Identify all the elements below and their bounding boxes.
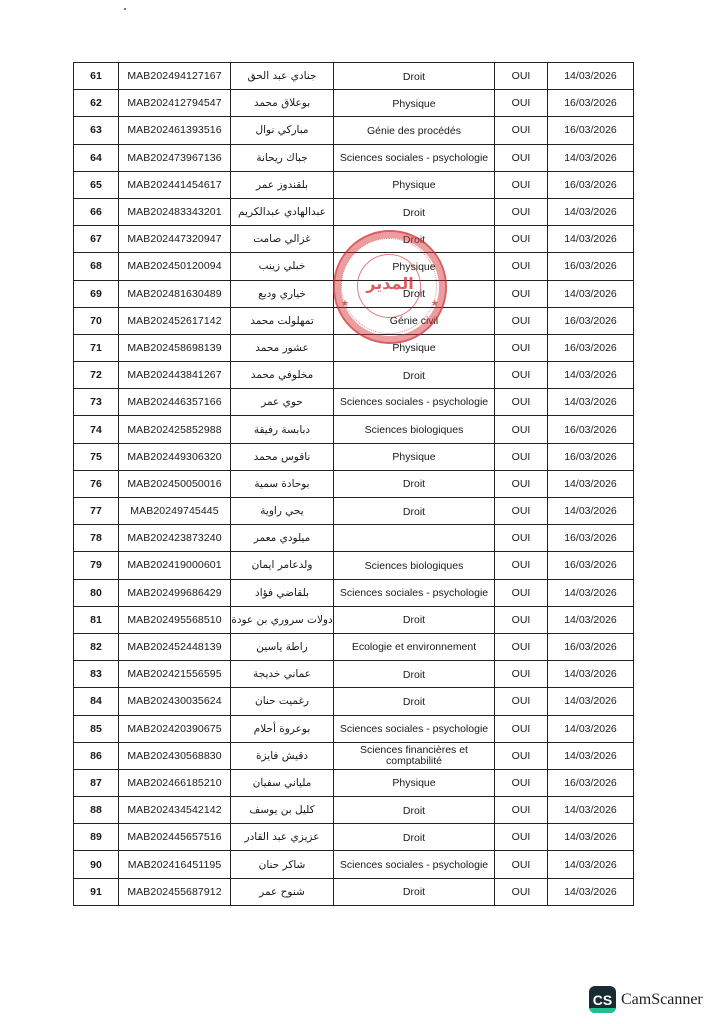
exam-date: 14/03/2026 — [548, 498, 634, 525]
field-of-study: Droit — [334, 470, 495, 497]
registration-id: MAB20249745445 — [119, 498, 231, 525]
registration-id: MAB202412794547 — [119, 90, 231, 117]
field-of-study: Droit — [334, 226, 495, 253]
exam-date: 16/03/2026 — [548, 633, 634, 660]
registration-id: MAB202449306320 — [119, 443, 231, 470]
field-text: Sciences sociales - psychologie — [334, 152, 494, 164]
candidates-table: 61MAB202494127167جنادي عبد الحقDroitOUI1… — [73, 62, 634, 906]
row-number: 74 — [74, 416, 119, 443]
scan-speck — [124, 8, 126, 10]
registration-id: MAB202419000601 — [119, 552, 231, 579]
table-row: 75MAB202449306320ناقوس محمدPhysiqueOUI16… — [74, 443, 634, 470]
registration-id: MAB202441454617 — [119, 171, 231, 198]
field-of-study: Sciences sociales - psychologie — [334, 144, 495, 171]
status-value: OUI — [495, 552, 548, 579]
status-value: OUI — [495, 443, 548, 470]
field-text: Sciences biologiques — [334, 559, 494, 572]
table-row: 83MAB202421556595عماني خديجةDroitOUI14/0… — [74, 661, 634, 688]
table-row: 90MAB202416451195شاكر حنانSciences socia… — [74, 851, 634, 878]
exam-date: 14/03/2026 — [548, 878, 634, 905]
registration-id: MAB202450120094 — [119, 253, 231, 280]
field-of-study: Physique — [334, 769, 495, 796]
row-number: 73 — [74, 389, 119, 416]
table-row: 71MAB202458698139عشور محمدPhysiqueOUI16/… — [74, 334, 634, 361]
table-row: 87MAB202466185210ملياني سفيانPhysiqueOUI… — [74, 769, 634, 796]
exam-date: 16/03/2026 — [548, 307, 634, 334]
exam-date: 16/03/2026 — [548, 416, 634, 443]
candidate-name: شنوح عمر — [231, 878, 334, 905]
field-of-study: Droit — [334, 362, 495, 389]
camscanner-logo-icon: CS — [589, 986, 616, 1013]
registration-id: MAB202483343201 — [119, 198, 231, 225]
exam-date: 14/03/2026 — [548, 824, 634, 851]
registration-id: MAB202446357166 — [119, 389, 231, 416]
exam-date: 14/03/2026 — [548, 470, 634, 497]
field-text: Physique — [334, 450, 494, 463]
table-row: 86MAB202430568830دقيش فايزةSciences fina… — [74, 742, 634, 769]
field-of-study: Droit — [334, 797, 495, 824]
table-row: 63MAB202461393516مباركي نوالGénie des pr… — [74, 117, 634, 144]
field-of-study: Droit — [334, 63, 495, 90]
table-row: 69MAB202481630489خياري وديعDroitOUI14/03… — [74, 280, 634, 307]
row-number: 80 — [74, 579, 119, 606]
table-row: 62MAB202412794547بوعلاق محمدPhysiqueOUI1… — [74, 90, 634, 117]
exam-date: 14/03/2026 — [548, 797, 634, 824]
field-of-study: Sciences sociales - psychologie — [334, 851, 495, 878]
row-number: 72 — [74, 362, 119, 389]
field-of-study — [334, 525, 495, 552]
registration-id: MAB202481630489 — [119, 280, 231, 307]
row-number: 66 — [74, 198, 119, 225]
status-value: OUI — [495, 90, 548, 117]
exam-date: 14/03/2026 — [548, 661, 634, 688]
registration-id: MAB202452448139 — [119, 633, 231, 660]
field-of-study: Droit — [334, 824, 495, 851]
field-text: Sciences sociales - psychologie — [334, 723, 494, 735]
registration-id: MAB202445657516 — [119, 824, 231, 851]
row-number: 85 — [74, 715, 119, 742]
registration-id: MAB202425852988 — [119, 416, 231, 443]
table-row: 72MAB202443841267مخلوفي محمدDroitOUI14/0… — [74, 362, 634, 389]
candidate-name: بوعروة أحلام — [231, 715, 334, 742]
exam-date: 16/03/2026 — [548, 769, 634, 796]
exam-date: 14/03/2026 — [548, 715, 634, 742]
status-value: OUI — [495, 498, 548, 525]
field-text: Physique — [334, 260, 494, 273]
status-value: OUI — [495, 851, 548, 878]
candidate-name: راطة ياسين — [231, 633, 334, 660]
table-row: 77MAB20249745445يحي راويةDroitOUI14/03/2… — [74, 498, 634, 525]
table-row: 61MAB202494127167جنادي عبد الحقDroitOUI1… — [74, 63, 634, 90]
field-of-study: Sciences financières et comptabilité — [334, 742, 495, 769]
table-row: 78MAB202423873240ميلودي معمرOUI16/03/202… — [74, 525, 634, 552]
candidate-name: بوحادة سمية — [231, 470, 334, 497]
candidate-name: عزيزي عبد القادر — [231, 824, 334, 851]
candidate-name: دبابسة رفيقة — [231, 416, 334, 443]
row-number: 81 — [74, 606, 119, 633]
exam-date: 14/03/2026 — [548, 851, 634, 878]
candidate-name: شاكر حنان — [231, 851, 334, 878]
status-value: OUI — [495, 525, 548, 552]
row-number: 62 — [74, 90, 119, 117]
row-number: 88 — [74, 797, 119, 824]
row-number: 69 — [74, 280, 119, 307]
registration-id: MAB202421556595 — [119, 661, 231, 688]
table-row: 80MAB202499686429بلقاضي فؤادSciences soc… — [74, 579, 634, 606]
row-number: 90 — [74, 851, 119, 878]
field-text: Sciences biologiques — [334, 423, 494, 436]
candidate-name: رغميت حنان — [231, 688, 334, 715]
candidate-name: عبدالهادي عبدالكريم — [231, 198, 334, 225]
candidate-name: كليل بن يوسف — [231, 797, 334, 824]
field-of-study: Physique — [334, 253, 495, 280]
exam-date: 16/03/2026 — [548, 525, 634, 552]
field-text: Droit — [334, 613, 494, 626]
field-of-study: Sciences sociales - psychologie — [334, 389, 495, 416]
field-of-study: Génie des procédés — [334, 117, 495, 144]
status-value: OUI — [495, 63, 548, 90]
exam-date: 14/03/2026 — [548, 389, 634, 416]
candidate-name: خبلي زينب — [231, 253, 334, 280]
field-text: Droit — [334, 668, 494, 681]
status-value: OUI — [495, 362, 548, 389]
candidate-name: ناقوس محمد — [231, 443, 334, 470]
candidate-name: بوعلاق محمد — [231, 90, 334, 117]
status-value: OUI — [495, 470, 548, 497]
row-number: 86 — [74, 742, 119, 769]
candidate-name: بلقاضي فؤاد — [231, 579, 334, 606]
candidate-name: مباركي نوال — [231, 117, 334, 144]
candidate-name: جنادي عبد الحق — [231, 63, 334, 90]
field-text: Droit — [334, 206, 494, 219]
row-number: 82 — [74, 633, 119, 660]
registration-id: MAB202466185210 — [119, 769, 231, 796]
camscanner-label: CamScanner — [621, 991, 703, 1009]
field-of-study: Droit — [334, 280, 495, 307]
field-of-study: Droit — [334, 606, 495, 633]
row-number: 83 — [74, 661, 119, 688]
candidate-name: بلقندوز عمر — [231, 171, 334, 198]
status-value: OUI — [495, 144, 548, 171]
row-number: 84 — [74, 688, 119, 715]
field-text — [334, 537, 494, 539]
table-row: 81MAB202495568510دولات سروري بن عودةDroi… — [74, 606, 634, 633]
status-value: OUI — [495, 280, 548, 307]
field-text: Droit — [334, 477, 494, 490]
status-value: OUI — [495, 878, 548, 905]
field-text: Droit — [334, 369, 494, 382]
row-number: 65 — [74, 171, 119, 198]
field-text: Droit — [334, 233, 494, 246]
exam-date: 14/03/2026 — [548, 688, 634, 715]
candidate-name: عشور محمد — [231, 334, 334, 361]
table-row: 64MAB202473967136جباك ريحانةSciences soc… — [74, 144, 634, 171]
status-value: OUI — [495, 606, 548, 633]
exam-date: 14/03/2026 — [548, 198, 634, 225]
candidate-name: يحي راوية — [231, 498, 334, 525]
table-row: 82MAB202452448139راطة ياسينEcologie et e… — [74, 633, 634, 660]
row-number: 71 — [74, 334, 119, 361]
table-row: 74MAB202425852988دبابسة رفيقةSciences bi… — [74, 416, 634, 443]
candidate-name: جباك ريحانة — [231, 144, 334, 171]
field-of-study: Sciences biologiques — [334, 552, 495, 579]
exam-date: 16/03/2026 — [548, 334, 634, 361]
registration-id: MAB202452617142 — [119, 307, 231, 334]
candidate-name: غزالي صامت — [231, 226, 334, 253]
status-value: OUI — [495, 824, 548, 851]
status-value: OUI — [495, 715, 548, 742]
exam-date: 14/03/2026 — [548, 362, 634, 389]
status-value: OUI — [495, 688, 548, 715]
status-value: OUI — [495, 579, 548, 606]
candidate-name: دولات سروري بن عودة — [231, 606, 334, 633]
field-text: Ecologie et environnement — [334, 641, 494, 653]
table-row: 66MAB202483343201عبدالهادي عبدالكريمDroi… — [74, 198, 634, 225]
exam-date: 16/03/2026 — [548, 90, 634, 117]
row-number: 91 — [74, 878, 119, 905]
field-of-study: Physique — [334, 171, 495, 198]
registration-id: MAB202430035624 — [119, 688, 231, 715]
table-row: 65MAB202441454617بلقندوز عمرPhysiqueOUI1… — [74, 171, 634, 198]
status-value: OUI — [495, 334, 548, 361]
row-number: 77 — [74, 498, 119, 525]
field-text: Sciences sociales - psychologie — [334, 587, 494, 599]
status-value: OUI — [495, 661, 548, 688]
table-row: 68MAB202450120094خبلي زينبPhysiqueOUI16/… — [74, 253, 634, 280]
table-row: 79MAB202419000601ولدعامر ايمانSciences b… — [74, 552, 634, 579]
field-text: Sciences sociales - psychologie — [334, 396, 494, 408]
candidate-name: ملياني سفيان — [231, 769, 334, 796]
registration-id: MAB202420390675 — [119, 715, 231, 742]
exam-date: 14/03/2026 — [548, 579, 634, 606]
table-row: 70MAB202452617142تمهلولت محمدGénie civil… — [74, 307, 634, 334]
field-of-study: Droit — [334, 198, 495, 225]
status-value: OUI — [495, 117, 548, 144]
registration-id: MAB202450050016 — [119, 470, 231, 497]
candidate-name: ميلودي معمر — [231, 525, 334, 552]
table-row: 76MAB202450050016بوحادة سميةDroitOUI14/0… — [74, 470, 634, 497]
field-of-study: Physique — [334, 334, 495, 361]
exam-date: 14/03/2026 — [548, 63, 634, 90]
candidate-name: حوي عمر — [231, 389, 334, 416]
status-value: OUI — [495, 769, 548, 796]
exam-date: 14/03/2026 — [548, 742, 634, 769]
field-text: Physique — [334, 178, 494, 191]
field-text: Droit — [334, 804, 494, 817]
exam-date: 14/03/2026 — [548, 226, 634, 253]
table-row: 85MAB202420390675بوعروة أحلامSciences so… — [74, 715, 634, 742]
exam-date: 14/03/2026 — [548, 606, 634, 633]
field-text: Sciences sociales - psychologie — [334, 859, 494, 871]
field-text: Physique — [334, 776, 494, 789]
registration-id: MAB202461393516 — [119, 117, 231, 144]
exam-date: 16/03/2026 — [548, 552, 634, 579]
field-text: Génie civil — [334, 314, 494, 327]
exam-date: 16/03/2026 — [548, 253, 634, 280]
candidate-name: دقيش فايزة — [231, 742, 334, 769]
row-number: 70 — [74, 307, 119, 334]
field-text: Physique — [334, 97, 494, 110]
field-of-study: Sciences biologiques — [334, 416, 495, 443]
table-row: 73MAB202446357166حوي عمرSciences sociale… — [74, 389, 634, 416]
registration-id: MAB202473967136 — [119, 144, 231, 171]
candidate-name: خياري وديع — [231, 280, 334, 307]
registration-id: MAB202447320947 — [119, 226, 231, 253]
field-text: Droit — [334, 695, 494, 708]
field-text: Droit — [334, 885, 494, 898]
field-text: Droit — [334, 70, 494, 83]
registration-id: MAB202416451195 — [119, 851, 231, 878]
candidates-table-body: 61MAB202494127167جنادي عبد الحقDroitOUI1… — [74, 63, 634, 906]
field-of-study: Droit — [334, 661, 495, 688]
row-number: 64 — [74, 144, 119, 171]
registration-id: MAB202430568830 — [119, 742, 231, 769]
status-value: OUI — [495, 797, 548, 824]
field-of-study: Sciences sociales - psychologie — [334, 715, 495, 742]
row-number: 76 — [74, 470, 119, 497]
field-of-study: Physique — [334, 90, 495, 117]
registration-id: MAB202499686429 — [119, 579, 231, 606]
exam-date: 14/03/2026 — [548, 280, 634, 307]
field-of-study: Droit — [334, 498, 495, 525]
exam-date: 14/03/2026 — [548, 144, 634, 171]
field-of-study: Génie civil — [334, 307, 495, 334]
field-text: Génie des procédés — [334, 124, 494, 137]
registration-id: MAB202434542142 — [119, 797, 231, 824]
status-value: OUI — [495, 633, 548, 660]
field-of-study: Droit — [334, 878, 495, 905]
status-value: OUI — [495, 416, 548, 443]
status-value: OUI — [495, 742, 548, 769]
field-text: Physique — [334, 341, 494, 354]
row-number: 78 — [74, 525, 119, 552]
field-text: Sciences financières et comptabilité — [334, 744, 494, 767]
status-value: OUI — [495, 226, 548, 253]
row-number: 63 — [74, 117, 119, 144]
row-number: 67 — [74, 226, 119, 253]
status-value: OUI — [495, 389, 548, 416]
row-number: 79 — [74, 552, 119, 579]
field-of-study: Sciences sociales - psychologie — [334, 579, 495, 606]
exam-date: 16/03/2026 — [548, 171, 634, 198]
field-text: Droit — [334, 287, 494, 300]
status-value: OUI — [495, 307, 548, 334]
field-of-study: Ecologie et environnement — [334, 633, 495, 660]
field-of-study: Physique — [334, 443, 495, 470]
registration-id: MAB202443841267 — [119, 362, 231, 389]
registration-id: MAB202494127167 — [119, 63, 231, 90]
camscanner-watermark: CS CamScanner — [589, 986, 703, 1013]
table-row: 84MAB202430035624رغميت حنانDroitOUI14/03… — [74, 688, 634, 715]
exam-date: 16/03/2026 — [548, 443, 634, 470]
field-text: Droit — [334, 505, 494, 518]
registration-id: MAB202455687912 — [119, 878, 231, 905]
status-value: OUI — [495, 198, 548, 225]
registration-id: MAB202495568510 — [119, 606, 231, 633]
candidate-name: تمهلولت محمد — [231, 307, 334, 334]
exam-date: 16/03/2026 — [548, 117, 634, 144]
row-number: 87 — [74, 769, 119, 796]
field-text: Droit — [334, 831, 494, 844]
status-value: OUI — [495, 253, 548, 280]
table-row: 67MAB202447320947غزالي صامتDroitOUI14/03… — [74, 226, 634, 253]
row-number: 75 — [74, 443, 119, 470]
registration-id: MAB202423873240 — [119, 525, 231, 552]
candidate-name: مخلوفي محمد — [231, 362, 334, 389]
row-number: 61 — [74, 63, 119, 90]
table-row: 88MAB202434542142كليل بن يوسفDroitOUI14/… — [74, 797, 634, 824]
field-of-study: Droit — [334, 688, 495, 715]
table-row: 91MAB202455687912شنوح عمرDroitOUI14/03/2… — [74, 878, 634, 905]
row-number: 68 — [74, 253, 119, 280]
row-number: 89 — [74, 824, 119, 851]
status-value: OUI — [495, 171, 548, 198]
table-row: 89MAB202445657516عزيزي عبد القادرDroitOU… — [74, 824, 634, 851]
registration-id: MAB202458698139 — [119, 334, 231, 361]
candidate-name: عماني خديجة — [231, 661, 334, 688]
candidate-name: ولدعامر ايمان — [231, 552, 334, 579]
